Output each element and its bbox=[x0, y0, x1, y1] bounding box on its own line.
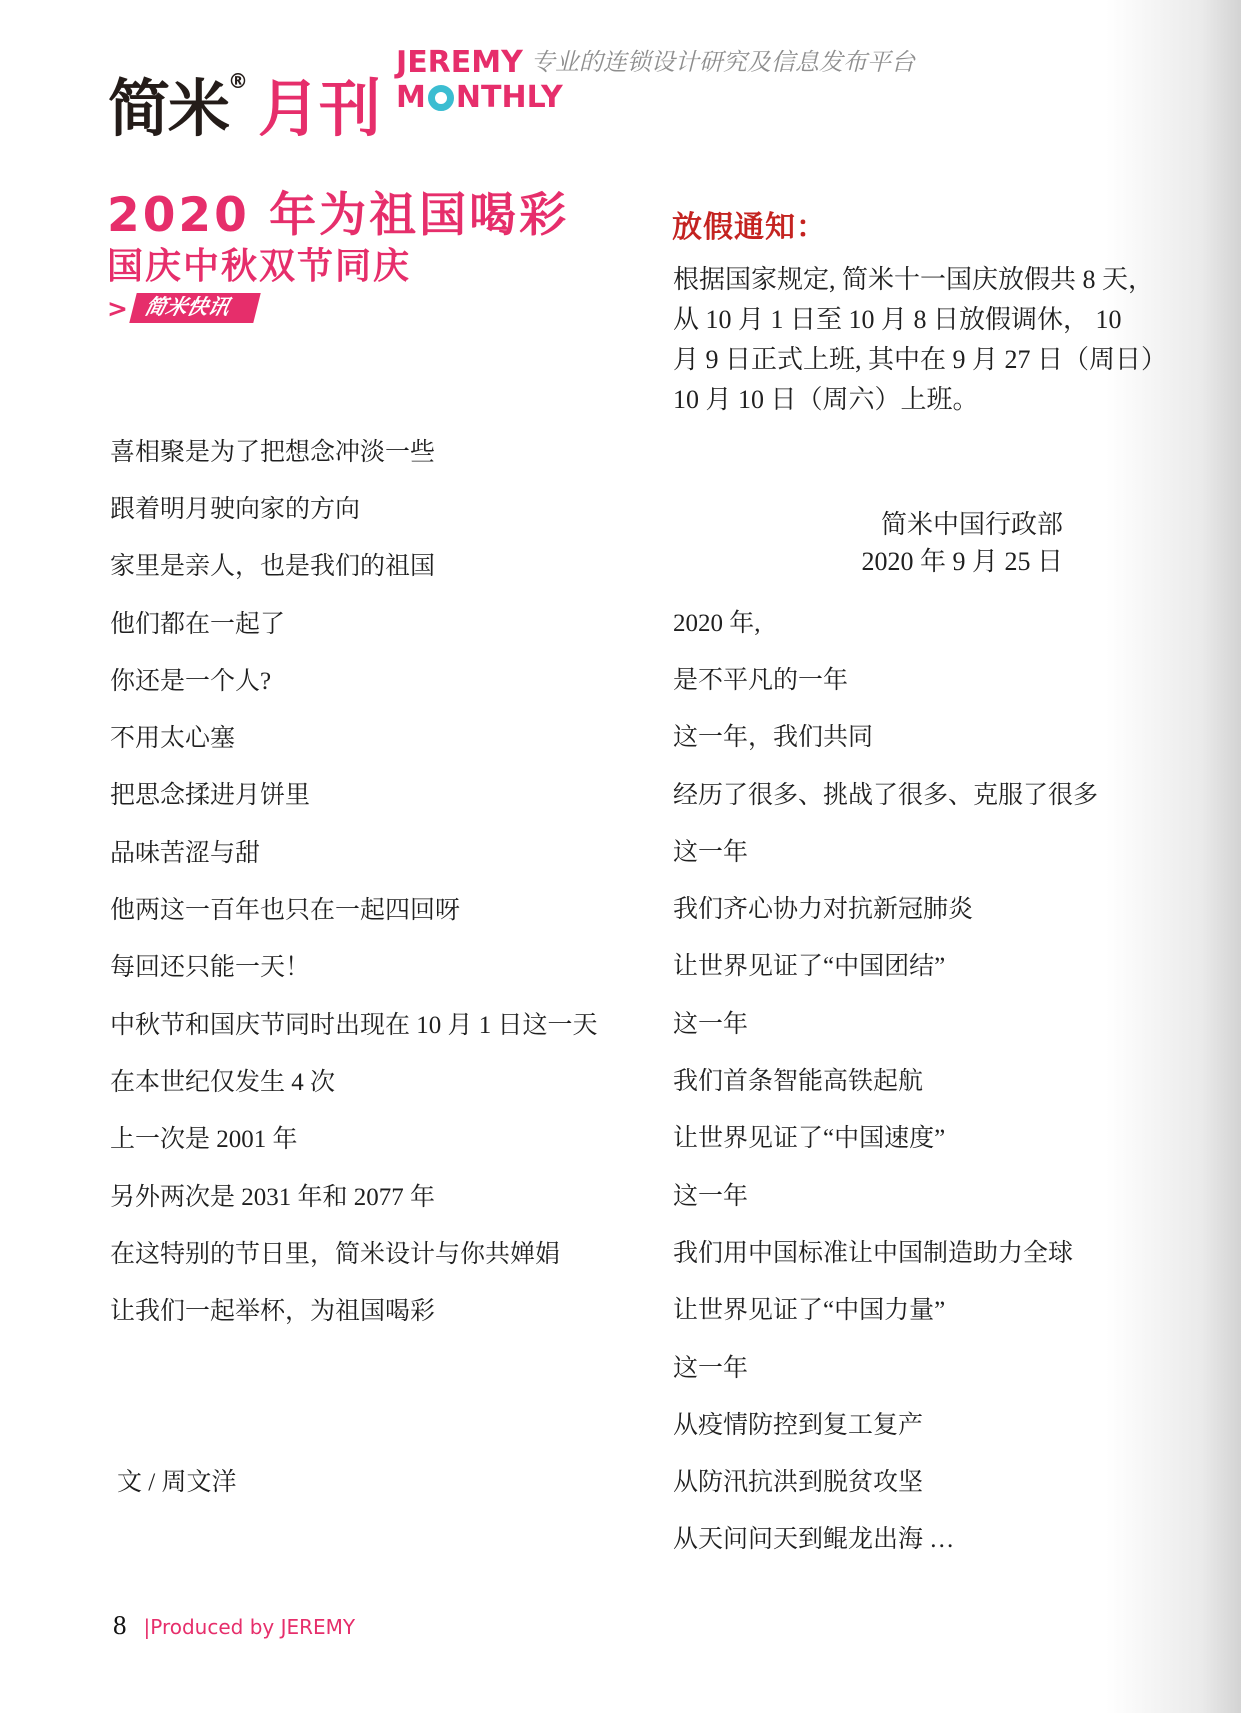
poem-line: 跟着明月驶向家的方向 bbox=[110, 478, 598, 535]
poem-line: 在这特别的节日里，简米设计与你共婵娟 bbox=[110, 1223, 598, 1280]
poem-line: 这一年 bbox=[673, 993, 1098, 1050]
poem-line: 从疫情防控到复工复产 bbox=[673, 1394, 1098, 1451]
logo-en-block: JEREMY 专业的连锁设计研究及信息发布平台 M NTHLY bbox=[396, 46, 915, 116]
news-tag: > 简米快讯 bbox=[107, 293, 257, 323]
page-number: 8 bbox=[113, 1610, 127, 1641]
registered-mark-icon: ® bbox=[228, 69, 248, 93]
poem-line: 他两这一百年也只在一起四回呀 bbox=[110, 879, 598, 936]
signature-line: 简米中国行政部 bbox=[673, 506, 1063, 543]
notice-line: 月 9 日正式上班, 其中在 9 月 27 日（周日） bbox=[673, 337, 1167, 377]
poem-line: 中秋节和国庆节同时出现在 10 月 1 日这一天 bbox=[110, 994, 598, 1051]
page-footer: 8 |Produced by JEREMY bbox=[113, 1610, 355, 1641]
poem-line: 我们齐心协力对抗新冠肺炎 bbox=[673, 878, 1098, 935]
poem-line: 品味苦涩与甜 bbox=[110, 822, 598, 879]
poem-line: 从防汛抗洪到脱贫攻坚 bbox=[673, 1451, 1098, 1508]
notice-line: 根据国家规定, 简米十一国庆放假共 8 天， bbox=[673, 257, 1167, 297]
poem-line: 这一年，我们共同 bbox=[673, 707, 1098, 764]
logo-en-row1: JEREMY 专业的连锁设计研究及信息发布平台 bbox=[396, 46, 915, 80]
poem-line: 这一年 bbox=[673, 1165, 1098, 1222]
tag-label: 简米快讯 bbox=[129, 293, 260, 323]
logo-wordmark: 简米®月刊 bbox=[108, 42, 380, 148]
notice-signature: 简米中国行政部2020 年 9 月 25 日 bbox=[673, 506, 1063, 580]
poem-line: 每回还只能一天！ bbox=[110, 937, 598, 994]
poem-line: 另外两次是 2031 年和 2077 年 bbox=[110, 1166, 598, 1223]
poem-left-column: 喜相聚是为了把想念冲淡一些跟着明月驶向家的方向家里是亲人，也是我们的祖国他们都在… bbox=[110, 421, 598, 1338]
notice-body: 根据国家规定, 简米十一国庆放假共 8 天，从 10 月 1 日至 10 月 8… bbox=[673, 257, 1167, 417]
poem-line: 让世界见证了“中国团结” bbox=[673, 936, 1098, 993]
brand-tagline: 专业的连锁设计研究及信息发布平台 bbox=[531, 46, 915, 78]
poem-line: 这一年 bbox=[673, 821, 1098, 878]
article-title: 2020 年为祖国喝彩 bbox=[107, 178, 569, 245]
logo-monthly-m: M bbox=[396, 80, 426, 116]
notice-line: 10 月 10 日（周六）上班。 bbox=[673, 377, 1167, 417]
logo-en-row2: M NTHLY bbox=[396, 80, 915, 116]
poem-line: 这一年 bbox=[673, 1337, 1098, 1394]
poem-right-column: 2020 年,是不平凡的一年这一年，我们共同经历了很多、挑战了很多、克服了很多这… bbox=[673, 592, 1098, 1566]
poem-line: 是不平凡的一年 bbox=[673, 649, 1098, 706]
poem-line: 他们都在一起了 bbox=[110, 593, 598, 650]
teal-circle-o-icon bbox=[428, 85, 454, 111]
logo-cn-black: 简米 bbox=[108, 72, 228, 145]
poem-line: 不用太心塞 bbox=[110, 707, 598, 764]
poem-line: 你还是一个人? bbox=[110, 650, 598, 707]
poem-line: 经历了很多、挑战了很多、克服了很多 bbox=[673, 764, 1098, 821]
poem-line: 让世界见证了“中国力量” bbox=[673, 1280, 1098, 1337]
poem-line: 喜相聚是为了把想念冲淡一些 bbox=[110, 421, 598, 478]
notice-heading: 放假通知： bbox=[672, 202, 827, 246]
poem-line: 让我们一起举杯，为祖国喝彩 bbox=[110, 1280, 598, 1337]
magazine-page: 简米®月刊 JEREMY 专业的连锁设计研究及信息发布平台 M NTHLY 20… bbox=[0, 0, 1241, 1713]
poem-line: 上一次是 2001 年 bbox=[110, 1109, 598, 1166]
poem-line: 让世界见证了“中国速度” bbox=[673, 1108, 1098, 1165]
author-credit: 文 / 周文洋 bbox=[117, 1462, 236, 1498]
poem-line: 家里是亲人，也是我们的祖国 bbox=[110, 536, 598, 593]
produced-by-label: |Produced by JEREMY bbox=[144, 1615, 356, 1639]
logo-jeremy-text: JEREMY bbox=[396, 46, 523, 80]
notice-line: 从 10 月 1 日至 10 月 8 日放假调休， 10 bbox=[673, 297, 1167, 337]
poem-line: 2020 年, bbox=[673, 592, 1098, 649]
logo-monthly-rest: NTHLY bbox=[456, 80, 563, 116]
poem-line: 在本世纪仅发生 4 次 bbox=[110, 1051, 598, 1108]
poem-line: 把思念揉进月饼里 bbox=[110, 765, 598, 822]
poem-line: 从天问问天到鲲龙出海 … bbox=[673, 1509, 1098, 1566]
logo-cn-pink: 月刊 bbox=[258, 72, 380, 145]
signature-line: 2020 年 9 月 25 日 bbox=[673, 543, 1063, 580]
poem-line: 我们首条智能高铁起航 bbox=[673, 1050, 1098, 1107]
header-logo: 简米®月刊 JEREMY 专业的连锁设计研究及信息发布平台 M NTHLY bbox=[108, 42, 915, 148]
article-subtitle: 国庆中秋双节同庆 bbox=[107, 238, 411, 289]
poem-line: 我们用中国标准让中国制造助力全球 bbox=[673, 1222, 1098, 1279]
tag-arrow-icon: > bbox=[107, 294, 128, 323]
